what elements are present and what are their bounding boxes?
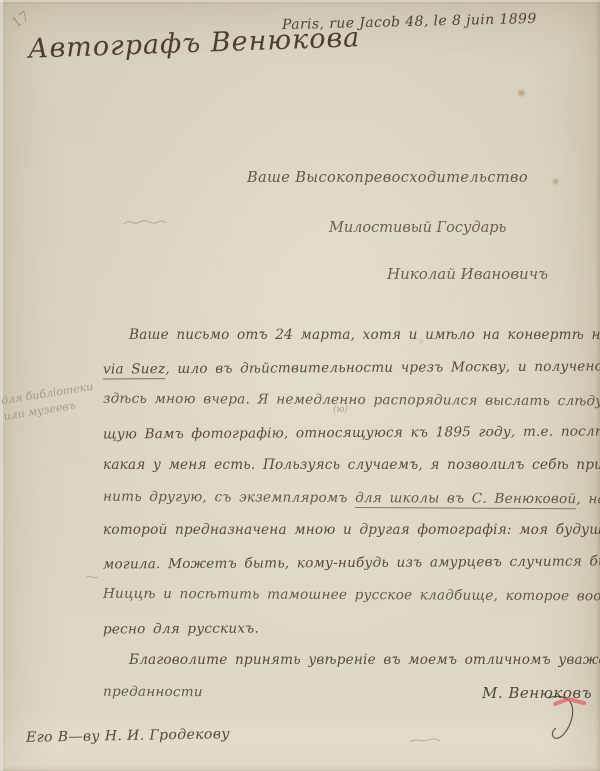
body-line: какая у меня есть. Пользуясь случаемъ, я… — [103, 450, 595, 483]
archival-corner-number: 17 — [9, 8, 33, 31]
body-text: щую Вамъ фотографію, относящуюся къ 1895… — [103, 423, 600, 442]
faint-pencil-scribble — [122, 214, 168, 230]
body-line: Ниццѣ и посѣтить тамошнее русское кладби… — [103, 579, 595, 614]
letter-body: Ваше письмо отъ 24 марта, хотя и имѣло н… — [103, 320, 595, 710]
pencil-margin-note: для библіотеки или музеевъ — [0, 379, 97, 425]
foxing-spot — [518, 90, 525, 96]
body-line: нить другую, съ экземпляромъ для школы в… — [103, 481, 595, 516]
body-line: Благоволите принять увѣреніе въ моемъ от… — [103, 645, 595, 678]
body-text: которой предназначена мною и другая фото… — [103, 522, 600, 538]
salutation-line: Николай Ивановичъ — [387, 265, 548, 283]
underlined-phrase: для школы въ С. Венюковой — [355, 490, 576, 509]
body-line: via Suez, шло въ дѣйствительности чрезъ … — [103, 351, 595, 387]
body-text: Благоволите принять увѣреніе въ моемъ от… — [129, 652, 600, 668]
body-text: преданности — [103, 683, 203, 700]
body-line: могила. Можетъ быть, кому-нибудь изъ аму… — [103, 546, 595, 582]
body-text: , шло въ дѣйствительности чрезъ Москву, … — [165, 358, 600, 377]
underlined-phrase: via Suez — [103, 361, 165, 379]
salutation-line: Милостивый Государь — [329, 220, 506, 236]
faint-pencil-scribble — [408, 734, 442, 746]
body-line: Ваше письмо отъ 24 марта, хотя и имѣло н… — [103, 320, 595, 353]
letter-scan: 17 Paris, rue Jacob 48, le 8 juin 1899 А… — [0, 0, 600, 771]
addressee-line: Его В—ву Н. И. Гродекову — [26, 726, 230, 746]
body-line: ресно для русскихъ. — [103, 611, 595, 647]
body-line: щую Вамъ фотографію, относящуюся къ 1895… — [103, 416, 595, 452]
signature: М. Венюковъ — [482, 684, 592, 702]
body-text: здѣсь мною вчера. Я немедленно распоряди… — [103, 391, 600, 410]
body-text: ресно для русскихъ. — [103, 620, 259, 637]
salutation-line: Ваше Высокопревосходительство — [247, 170, 528, 186]
body-text: Ваше письмо отъ 24 марта, хотя и имѣло н… — [129, 327, 600, 343]
body-line: которой предназначена мною и другая фото… — [103, 515, 595, 548]
faint-pencil-scribble — [84, 572, 100, 582]
archival-header-title: Автографъ Венюкова — [28, 22, 361, 65]
foxing-spot — [553, 179, 558, 184]
body-text: какая у меня есть. Пользуясь случаемъ, я… — [103, 457, 600, 473]
body-text: , на Уссури, — [576, 491, 600, 507]
body-text: нить другую, съ экземпляромъ — [103, 488, 355, 505]
body-line: здѣсь мною вчера. Я немедленно распоряди… — [103, 384, 595, 419]
body-text: могила. Можетъ быть, кому-нибудь изъ аму… — [103, 553, 600, 572]
body-text: Ниццѣ и посѣтить тамошнее русское кладби… — [103, 586, 600, 605]
